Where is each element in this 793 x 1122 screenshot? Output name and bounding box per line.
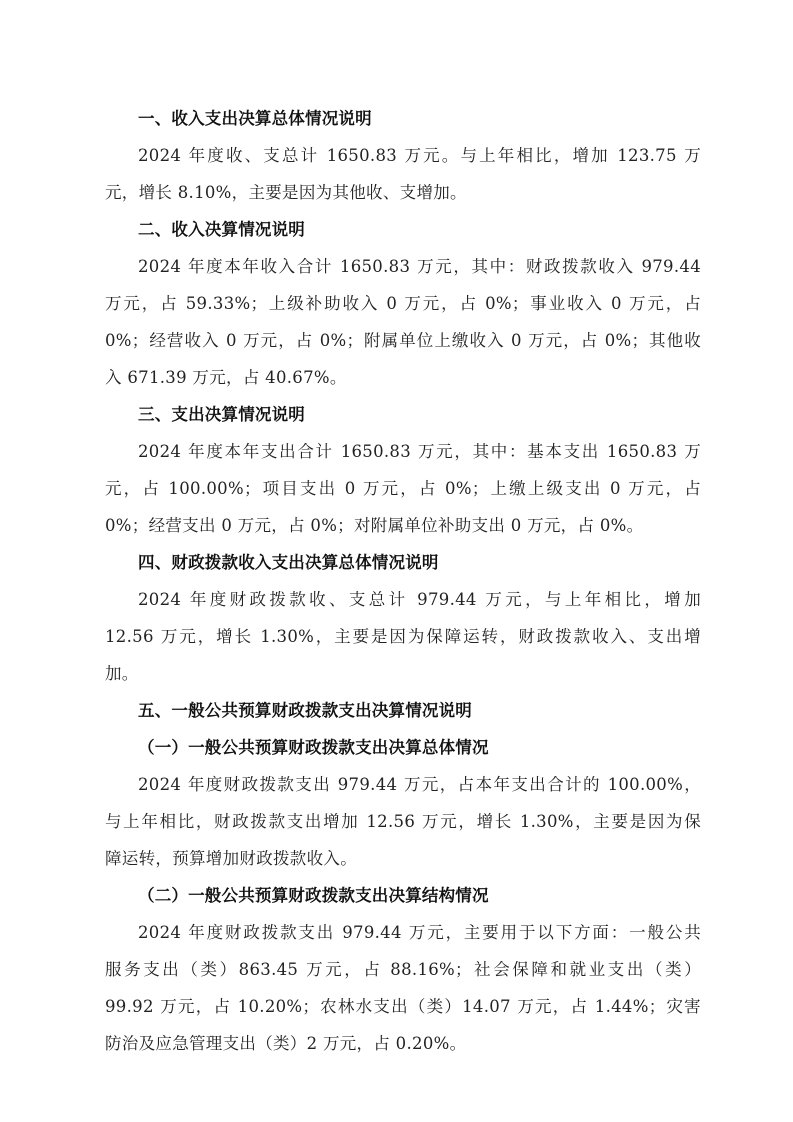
- paragraph-line: 0%；经营收入 0 万元，占 0%；附属单位上缴收入 0 万元，占 0%；其他收: [105, 322, 701, 359]
- paragraph-line: 防治及应急管理支出（类）2 万元，占 0.20%。: [105, 1025, 701, 1062]
- paragraph-line: 服务支出（类）863.45 万元，占 88.16%；社会保障和就业支出（类）: [105, 951, 701, 988]
- paragraph-line: 元，增长 8.10%，主要是因为其他收、支增加。: [105, 174, 701, 211]
- paragraph-line: 2024 年度财政拨款支出 979.44 万元，主要用于以下方面：一般公共: [105, 914, 701, 951]
- section-heading-1: 一、收入支出决算总体情况说明: [105, 100, 701, 137]
- paragraph-line: 2024 年度财政拨款收、支总计 979.44 万元，与上年相比，增加: [105, 581, 701, 618]
- paragraph-line: 0%；经营支出 0 万元，占 0%；对附属单位补助支出 0 万元，占 0%。: [105, 507, 701, 544]
- section-2-paragraph: 2024 年度本年收入合计 1650.83 万元，其中：财政拨款收入 979.4…: [105, 248, 701, 396]
- subsection-heading-5-2: （二）一般公共预算财政拨款支出决算结构情况: [105, 877, 701, 914]
- paragraph-line: 万元，占 59.33%；上级补助收入 0 万元，占 0%；事业收入 0 万元，占: [105, 285, 701, 322]
- paragraph-line: 2024 年度本年收入合计 1650.83 万元，其中：财政拨款收入 979.4…: [105, 248, 701, 285]
- paragraph-line: 99.92 万元，占 10.20%；农林水支出（类）14.07 万元，占 1.4…: [105, 988, 701, 1025]
- paragraph-line: 入 671.39 万元，占 40.67%。: [105, 359, 701, 396]
- paragraph-line: 加。: [105, 655, 701, 692]
- subsection-5-1-paragraph: 2024 年度财政拨款支出 979.44 万元，占本年支出合计的 100.00%…: [105, 766, 701, 877]
- paragraph-line: 2024 年度本年支出合计 1650.83 万元，其中：基本支出 1650.83…: [105, 433, 701, 470]
- section-heading-3: 三、支出决算情况说明: [105, 396, 701, 433]
- subsection-heading-5-1: （一）一般公共预算财政拨款支出决算总体情况: [105, 729, 701, 766]
- paragraph-line: 与上年相比，财政拨款支出增加 12.56 万元，增长 1.30%，主要是因为保: [105, 803, 701, 840]
- section-3-paragraph: 2024 年度本年支出合计 1650.83 万元，其中：基本支出 1650.83…: [105, 433, 701, 544]
- subsection-5-2-paragraph: 2024 年度财政拨款支出 979.44 万元，主要用于以下方面：一般公共 服务…: [105, 914, 701, 1062]
- paragraph-line: 元，占 100.00%；项目支出 0 万元，占 0%；上缴上级支出 0 万元，占: [105, 470, 701, 507]
- section-4-paragraph: 2024 年度财政拨款收、支总计 979.44 万元，与上年相比，增加 12.5…: [105, 581, 701, 692]
- section-1-paragraph: 2024 年度收、支总计 1650.83 万元。与上年相比，增加 123.75 …: [105, 137, 701, 211]
- document-page: 一、收入支出决算总体情况说明 2024 年度收、支总计 1650.83 万元。与…: [105, 100, 701, 1062]
- section-heading-2: 二、收入决算情况说明: [105, 211, 701, 248]
- section-heading-4: 四、财政拨款收入支出决算总体情况说明: [105, 544, 701, 581]
- paragraph-line: 2024 年度财政拨款支出 979.44 万元，占本年支出合计的 100.00%…: [105, 766, 701, 803]
- paragraph-line: 12.56 万元，增长 1.30%，主要是因为保障运转，财政拨款收入、支出增: [105, 618, 701, 655]
- paragraph-line: 2024 年度收、支总计 1650.83 万元。与上年相比，增加 123.75 …: [105, 137, 701, 174]
- paragraph-line: 障运转，预算增加财政拨款收入。: [105, 840, 701, 877]
- section-heading-5: 五、一般公共预算财政拨款支出决算情况说明: [105, 692, 701, 729]
